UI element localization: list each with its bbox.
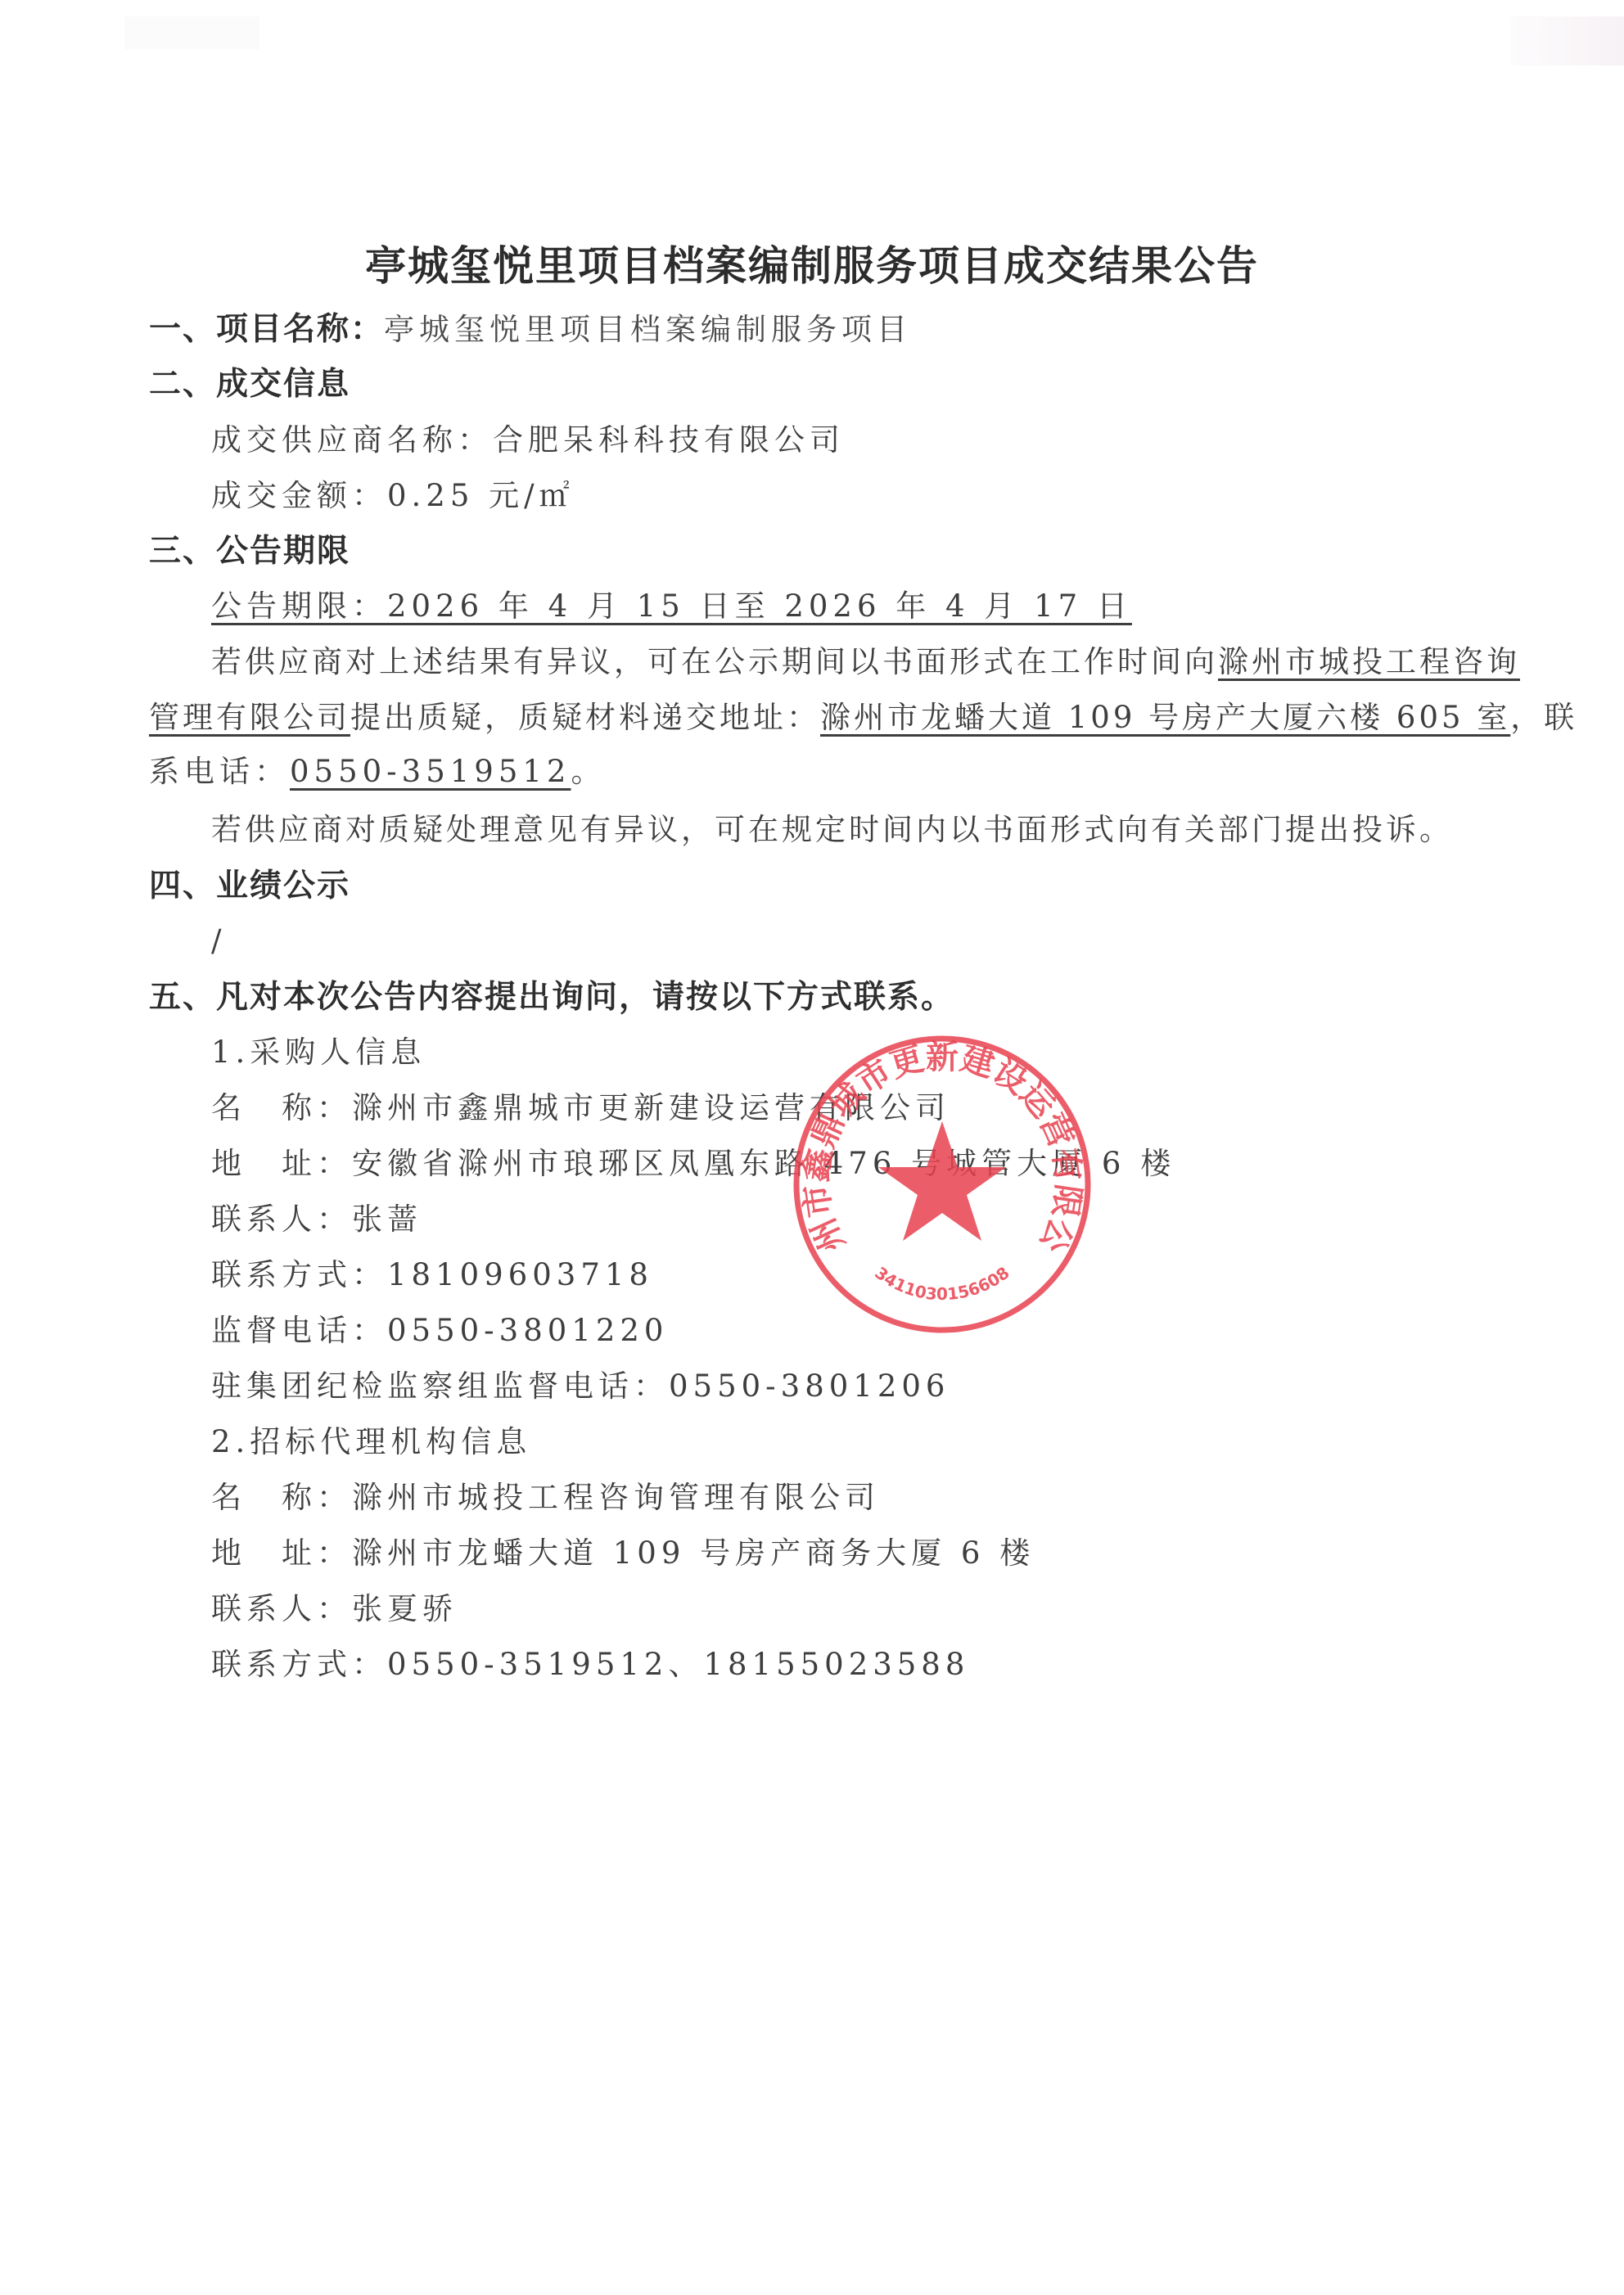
objection-text: 。 (571, 754, 606, 789)
seal-code: 3411030156608 (871, 1263, 1013, 1304)
agency-heading: 2.招标代理机构信息 (211, 1427, 531, 1457)
objection-paragraph-line2: 管理有限公司提出质疑，质疑材料递交地址：滁州市龙蟠大道 109 号房产大厦六楼 … (149, 702, 1577, 733)
section-heading: 五、凡对本次公告内容提出询问，请按以下方式联系。 (149, 981, 954, 1013)
deal-amount: 成交金额：0.25 元/㎡ (211, 480, 575, 511)
section-project-name: 一、项目名称：亭城玺悦里项目档案编制服务项目 (149, 313, 912, 345)
purchaser-discipline-phone: 驻集团纪检监察组监督电话：0550-3801206 (211, 1371, 950, 1401)
complaint-paragraph: 若供应商对质疑处理意见有异议，可在规定时间内以书面形式向有关部门提出投诉。 (211, 814, 1453, 845)
scan-artifact (124, 16, 259, 49)
purchaser-heading: 1.采购人信息 (211, 1037, 426, 1067)
objection-text: ，联 (1510, 700, 1577, 735)
purchaser-contact: 联系人：张蔷 (211, 1204, 422, 1234)
agency-phone: 联系方式：0550-3519512、18155023588 (211, 1649, 969, 1680)
section-heading: 三、公告期限 (149, 535, 350, 567)
section-heading: 二、成交信息 (149, 368, 350, 400)
performance-value: / (211, 926, 226, 956)
objection-paragraph: 若供应商对上述结果有异议，可在公示期间以书面形式在工作时间向滁州市城投工程咨询 (211, 647, 1520, 677)
agency-address: 地 址：滁州市龙蟠大道 109 号房产商务大厦 6 楼 (211, 1538, 1035, 1568)
scan-artifact (1510, 16, 1624, 65)
objection-paragraph-line3: 系电话：0550-3519512。 (149, 756, 606, 787)
objection-text: 提出质疑，质疑材料递交地址： (350, 700, 820, 735)
supplier-name: 成交供应商名称：合肥呆科科技有限公司 (211, 425, 845, 455)
contact-phone: 0550-3519512 (290, 754, 571, 789)
seal-icon: 滁州市鑫鼎城市更新建设运营有限公司 3411030156608 (791, 1033, 1094, 1336)
agency-name: 管理有限公司 (149, 700, 350, 735)
project-name-value: 亭城玺悦里项目档案编制服务项目 (384, 312, 912, 347)
objection-text: 系电话： (149, 754, 290, 789)
purchaser-supervision-phone: 监督电话：0550-3801220 (211, 1315, 668, 1346)
agency-name: 滁州市城投工程咨询 (1218, 644, 1520, 679)
objection-text: 若供应商对上述结果有异议，可在公示期间以书面形式在工作时间向 (211, 644, 1218, 679)
document-title: 亭城玺悦里项目档案编制服务项目成交结果公告 (0, 233, 1624, 292)
svg-text:3411030156608: 3411030156608 (871, 1263, 1013, 1304)
official-seal: 滁州市鑫鼎城市更新建设运营有限公司 3411030156608 (791, 1033, 1094, 1336)
submission-address: 滁州市龙蟠大道 109 号房产大厦六楼 605 室 (820, 700, 1510, 735)
purchaser-phone: 联系方式：18109603718 (211, 1260, 653, 1290)
announcement-period: 公告期限：2026 年 4 月 15 日至 2026 年 4 月 17 日 (211, 591, 1132, 621)
section-heading: 一、项目名称： (149, 311, 384, 348)
section-heading: 四、业绩公示 (149, 870, 350, 902)
agency-name: 名 称：滁州市城投工程咨询管理有限公司 (211, 1482, 880, 1513)
agency-contact: 联系人：张夏骄 (211, 1594, 458, 1624)
